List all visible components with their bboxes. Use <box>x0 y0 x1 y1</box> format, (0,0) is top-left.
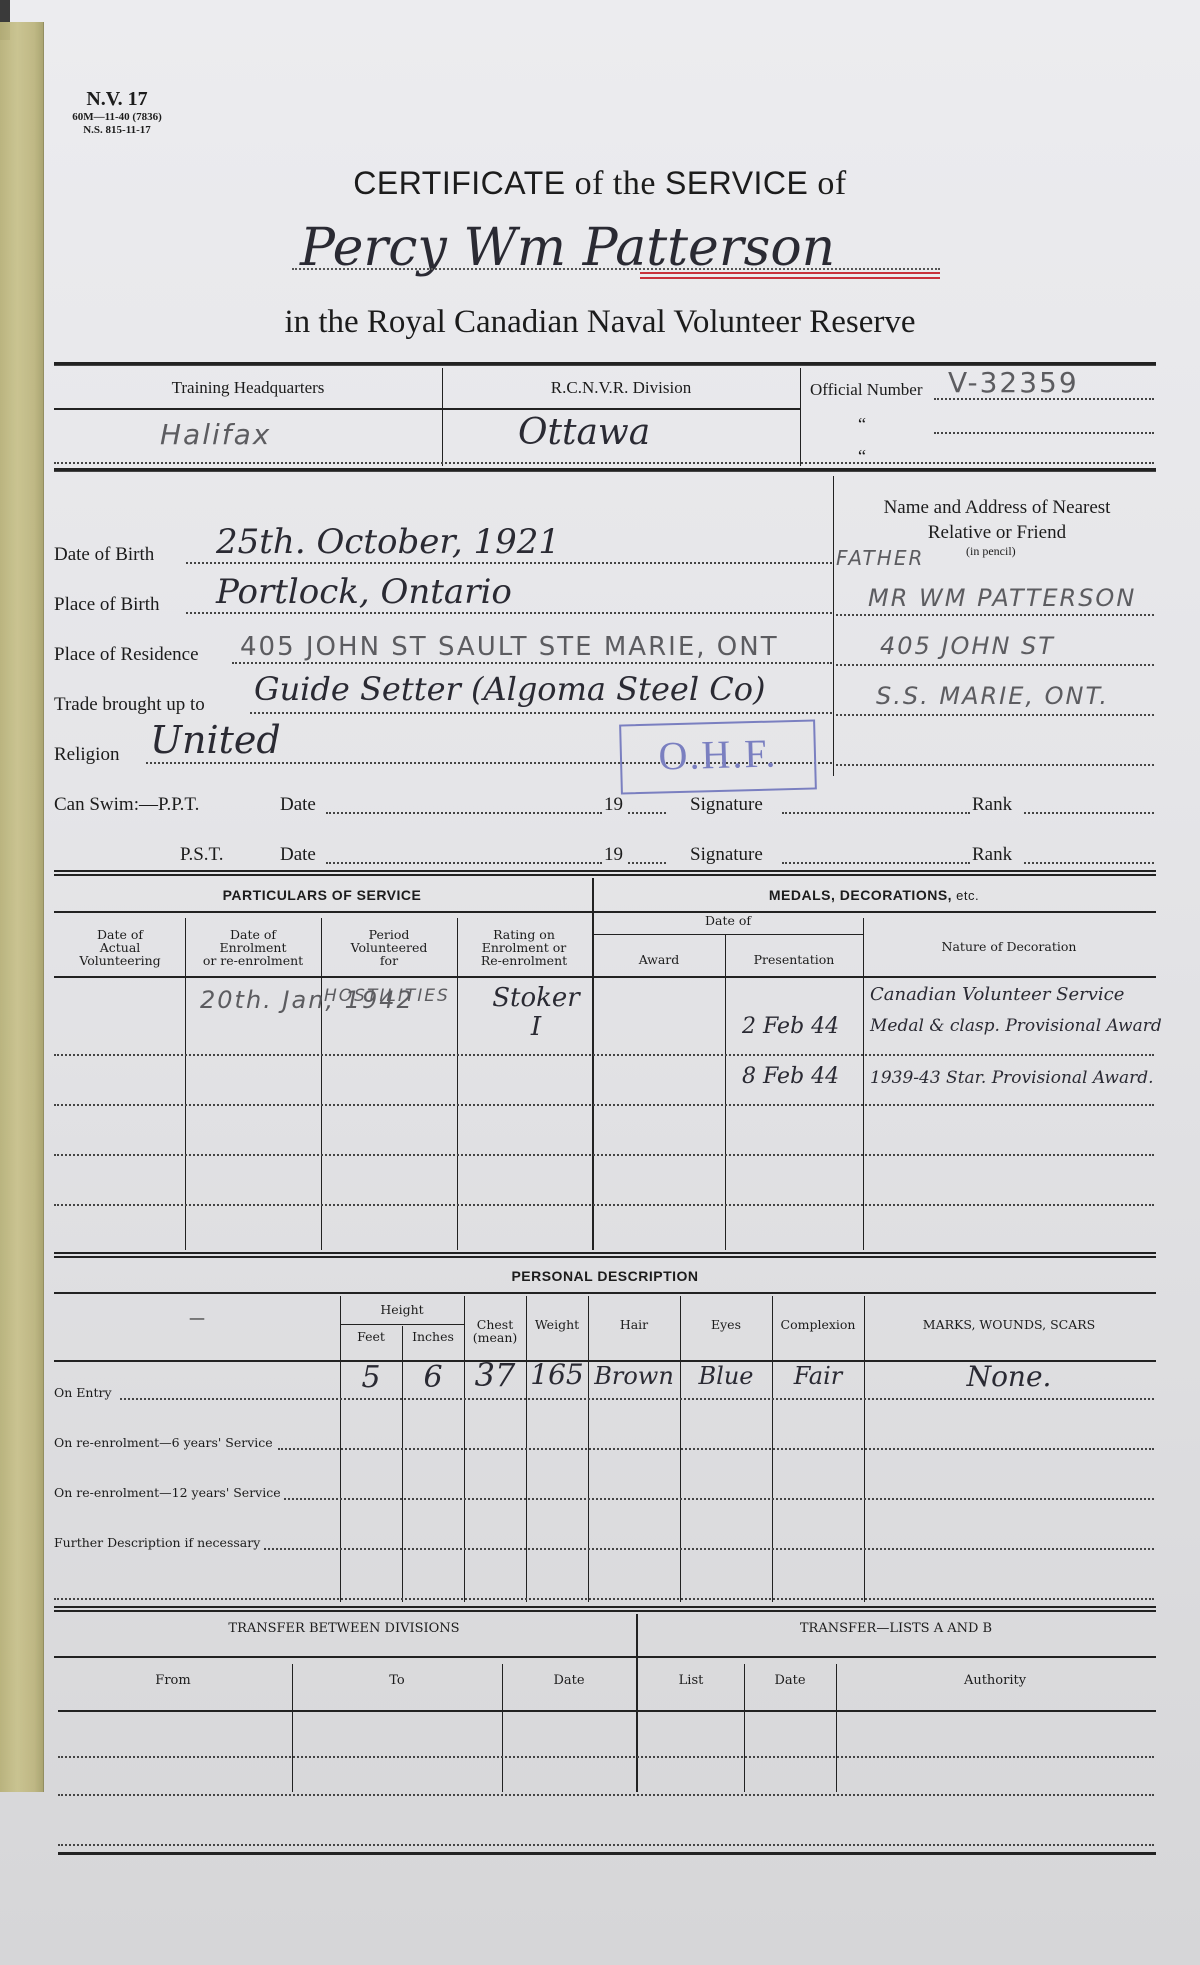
trade-label: Trade brought up to <box>54 694 205 716</box>
nature-label: Nature of Decoration <box>864 940 1154 953</box>
description-title: PERSONAL DESCRIPTION <box>54 1268 1156 1284</box>
dotted-line <box>250 712 832 714</box>
complexion-label: Complexion <box>772 1318 864 1331</box>
pst-label: P.S.T. <box>180 844 223 866</box>
hair-value: Brown <box>588 1362 680 1390</box>
decoration-1-presentation: 2 Feb 44 <box>742 1014 839 1039</box>
religion-value: United <box>150 718 281 762</box>
date-of-label: Date of <box>594 914 862 927</box>
dotted-line <box>326 862 602 864</box>
row-on-entry: On Entry <box>54 1386 112 1399</box>
training-hq-value: Halifax <box>160 418 271 451</box>
decoration-1-line-1: Canadian Volunteer Service <box>870 984 1124 1005</box>
pst-signature-label: Signature <box>690 844 763 866</box>
dotted-line <box>54 1054 1154 1056</box>
form-code: N.V. 17 60M—11-40 (7836) N.S. 815-11-17 <box>52 88 182 136</box>
dotted-line <box>326 812 602 814</box>
relative-name: MR WM PATTERSON <box>868 584 1136 612</box>
dotted-line <box>836 664 1154 666</box>
dotted-line <box>1024 862 1154 864</box>
list-label: List <box>638 1674 744 1688</box>
dotted-line <box>232 662 832 664</box>
dotted-line <box>58 1794 1154 1796</box>
dotted-line <box>836 764 1154 766</box>
divider <box>58 1852 1156 1855</box>
dotted-line <box>54 1598 1154 1600</box>
dotted-line <box>54 1104 1154 1106</box>
chest-label: Chest (mean) <box>464 1318 526 1344</box>
page-title: CERTIFICATE of the SERVICE of <box>0 165 1200 203</box>
divider <box>321 918 322 1250</box>
ppt-year-label: 19 <box>604 794 623 816</box>
date2-label: Date <box>744 1674 836 1688</box>
divider <box>54 1656 1156 1658</box>
pst-date-label: Date <box>280 844 316 866</box>
medals-title: MEDALS, DECORATIONS, etc. <box>594 887 1154 903</box>
residence-value: 405 JOHN ST SAULT STE MARIE, ONT <box>240 632 779 662</box>
transfer-lists-title: TRANSFER—LISTS A AND B <box>638 1622 1154 1636</box>
dotted-line <box>284 1498 1154 1500</box>
ppt-date-label: Date <box>280 794 316 816</box>
divider <box>54 1252 1156 1258</box>
dotted-line <box>120 1398 1154 1400</box>
dotted-line <box>1024 812 1154 814</box>
divider <box>863 918 864 1250</box>
marks-label: MARKS, WOUNDS, SCARS <box>864 1318 1154 1331</box>
dotted-line <box>264 1548 1154 1550</box>
name-dotted-line <box>292 268 940 270</box>
divider <box>54 468 1156 472</box>
official-number-label: Official Number <box>810 380 923 400</box>
weight-value: 165 <box>526 1358 588 1391</box>
divider <box>725 934 726 1250</box>
height-label: Height <box>340 1303 464 1316</box>
pob-value: Portlock, Ontario <box>216 572 512 612</box>
nearest-relative-heading: Name and Address of Nearest Relative or … <box>838 496 1156 545</box>
dob-label: Date of Birth <box>54 544 154 566</box>
divider <box>833 476 834 776</box>
divider <box>54 408 800 410</box>
divider <box>457 918 458 1250</box>
decoration-1-line-2: Medal & clasp. Provisional Award <box>870 1016 1162 1036</box>
height-inches-value: 6 <box>402 1360 464 1395</box>
to-label: To <box>292 1674 502 1688</box>
particulars-title: PARTICULARS OF SERVICE <box>54 887 590 903</box>
eyes-label: Eyes <box>680 1318 772 1331</box>
division-value: Ottawa <box>518 412 650 453</box>
page-subtitle: in the Royal Canadian Naval Volunteer Re… <box>0 304 1200 341</box>
dotted-line <box>54 1204 1154 1206</box>
col-enrolment-date: Date of Enrolment or re-enrolment <box>186 928 320 967</box>
from-label: From <box>54 1674 292 1688</box>
dotted-line <box>782 812 970 814</box>
dotted-line <box>58 1844 1154 1846</box>
dotted-line <box>782 862 970 864</box>
eyes-value: Blue <box>680 1362 772 1390</box>
divider <box>54 976 1156 978</box>
inches-label: Inches <box>402 1330 464 1343</box>
divider <box>594 934 864 935</box>
divider <box>54 911 1156 913</box>
col-rating: Rating on Enrolment or Re-enrolment <box>458 928 590 967</box>
divider <box>185 918 186 1250</box>
chest-value: 37 <box>464 1356 526 1394</box>
dob-value: 25th. October, 1921 <box>216 522 560 562</box>
dotted-line <box>58 1756 1154 1758</box>
divider <box>800 368 801 466</box>
dotted-line <box>186 612 832 614</box>
divider <box>58 1710 1156 1712</box>
dotted-line <box>628 812 666 814</box>
can-swim-label: Can Swim:—P.P.T. <box>54 794 199 816</box>
height-feet-value: 5 <box>340 1360 402 1395</box>
presentation-label: Presentation <box>726 953 862 966</box>
binding-tape <box>0 22 44 1792</box>
row-further: Further Description if necessary <box>54 1536 260 1549</box>
dotted-line <box>628 862 666 864</box>
relative-address-1: 405 JOHN ST <box>880 632 1055 660</box>
weight-label: Weight <box>526 1318 588 1331</box>
relative-relation: FATHER <box>836 546 924 570</box>
decoration-2-nature: 1939-43 Star. Provisional Award. <box>870 1068 1154 1088</box>
authority-label: Authority <box>836 1674 1154 1688</box>
divider <box>442 368 443 466</box>
division-label: R.C.N.V.R. Division <box>444 378 798 398</box>
pob-label: Place of Birth <box>54 594 160 616</box>
divider <box>54 1292 1156 1294</box>
form-number: N.V. 17 <box>52 88 182 111</box>
ns-number: N.S. 815-11-17 <box>52 124 182 137</box>
dotted-line <box>278 1448 1154 1450</box>
dash-heading: — <box>54 1310 340 1327</box>
religion-label: Religion <box>54 744 119 766</box>
date-label: Date <box>502 1674 636 1688</box>
decoration-2-presentation: 8 Feb 44 <box>742 1064 839 1089</box>
dotted-line <box>836 614 1154 616</box>
surname-red-underline <box>640 272 940 279</box>
rating-value: Stoker I <box>486 984 586 1041</box>
dotted-line <box>54 462 1154 464</box>
trade-value: Guide Setter (Algoma Steel Co) <box>254 670 765 708</box>
ppt-rank-label: Rank <box>972 794 1012 816</box>
official-number-value: V-32359 <box>948 366 1079 399</box>
ohf-stamp: O.H.F. <box>619 719 817 794</box>
ppt-signature-label: Signature <box>690 794 763 816</box>
dotted-line <box>836 714 1154 716</box>
award-label: Award <box>594 953 724 966</box>
period-value: HOSTILITIES <box>324 986 450 1006</box>
divider <box>54 1606 1156 1612</box>
pst-year-label: 19 <box>604 844 623 866</box>
training-hq-label: Training Headquarters <box>56 378 440 398</box>
divider <box>54 870 1156 876</box>
print-run: 60M—11-40 (7836) <box>52 111 182 124</box>
ditto-mark: “ <box>858 414 866 435</box>
dotted-line <box>54 1154 1154 1156</box>
relative-address-2: S.S. MARIE, ONT. <box>876 682 1109 710</box>
col-period: Period Volunteered for <box>322 928 456 967</box>
divider <box>340 1324 464 1325</box>
in-pencil-note: (in pencil) <box>966 544 1016 559</box>
feet-label: Feet <box>340 1330 402 1343</box>
transfer-divisions-title: TRANSFER BETWEEN DIVISIONS <box>54 1622 634 1636</box>
col-actual-volunteering: Date of Actual Volunteering <box>56 928 184 967</box>
dotted-line <box>186 562 832 564</box>
marks-value: None. <box>864 1360 1154 1393</box>
hair-label: Hair <box>588 1318 680 1331</box>
divider <box>636 1614 638 1792</box>
official-number-line-2 <box>934 432 1154 434</box>
service-certificate: N.V. 17 60M—11-40 (7836) N.S. 815-11-17 … <box>0 0 1200 1965</box>
row-reenrol-12: On re-enrolment—12 years' Service <box>54 1486 281 1499</box>
complexion-value: Fair <box>772 1362 864 1390</box>
residence-label: Place of Residence <box>54 644 199 666</box>
pst-rank-label: Rank <box>972 844 1012 866</box>
row-reenrol-6: On re-enrolment—6 years' Service <box>54 1436 273 1449</box>
